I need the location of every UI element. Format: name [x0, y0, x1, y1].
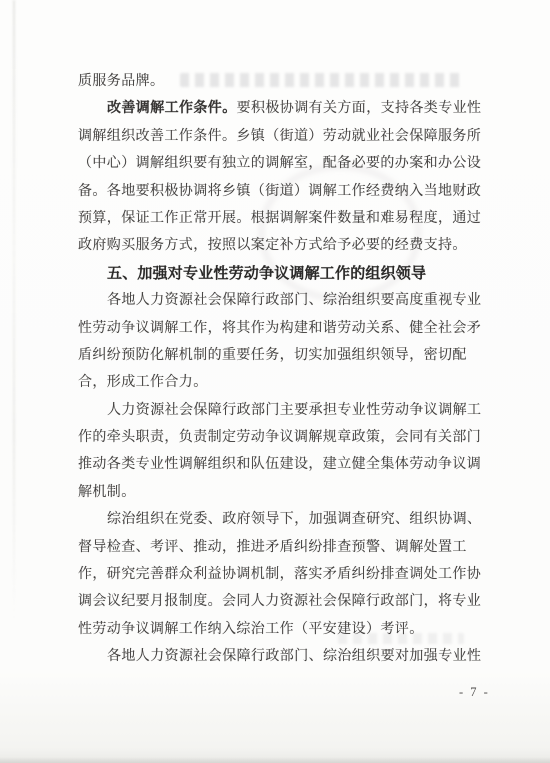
text-line: 督导检查、考评、推动，推进矛盾纠纷排查预警、调解处置工 — [78, 534, 484, 561]
text-line: 调会议纪要月报制度。会同人力资源社会保障行政部门，将专业 — [78, 588, 484, 615]
text-line: 作的牵头职责，负责制定劳动争议调解规章政策，会同有关部门 — [78, 424, 484, 451]
text-line: 调解组织改善工作条件。乡镇（街道）劳动就业社会保障服务所 — [78, 123, 484, 150]
document-body: 质服务品牌。改善调解工作条件。要积极协调有关方面，支持各类专业性调解组织改善工作… — [78, 68, 484, 671]
text-line: 政府购买服务方式，按照以案定补方式给予必要的经费支持。 — [78, 232, 484, 259]
text-line: 推动各类专业性调解组织和队伍建设，建立健全集体劳动争议调 — [78, 451, 484, 478]
bold-lead-phrase: 改善调解工作条件。 — [107, 101, 237, 116]
text-line: 预算，保证工作正常开展。根据调解案件数量和难易程度，通过 — [78, 205, 484, 232]
text-line: 解机制。 — [78, 479, 484, 506]
text-line: （中心）调解组织要有独立的调解室，配备必要的办案和办公设 — [78, 150, 484, 177]
text-line: 盾纠纷预防化解机制的重要任务，切实加强组织领导，密切配 — [78, 342, 484, 369]
text-line: 各地人力资源社会保障行政部门、综治组织要高度重视专业 — [78, 287, 484, 314]
text-line: 性劳动争议调解工作，将其作为构建和谐劳动关系、健全社会矛 — [78, 315, 484, 342]
text-line: 改善调解工作条件。要积极协调有关方面，支持各类专业性 — [78, 95, 484, 122]
text-line: 合，形成工作合力。 — [78, 369, 484, 396]
text-line: 备。各地要积极协调将乡镇（街道）调解工作经费纳入当地财政 — [78, 178, 484, 205]
section-heading: 五、加强对专业性劳动争议调解工作的组织领导 — [78, 260, 484, 287]
paper-crease — [13, 0, 15, 620]
line-text: 要积极协调有关方面，支持各类专业性 — [237, 101, 482, 116]
text-line: 作，研究完善群众利益协调机制，落实矛盾纠纷排查调处工作协 — [78, 561, 484, 588]
text-line: 各地人力资源社会保障行政部门、综治组织要对加强专业性 — [78, 643, 484, 670]
text-line: 人力资源社会保障行政部门主要承担专业性劳动争议调解工 — [78, 397, 484, 424]
text-line: 综治组织在党委、政府领导下，加强调查研究、组织协调、 — [78, 506, 484, 533]
page-number: - 7 - — [459, 685, 490, 700]
text-line: 性劳动争议调解工作纳入综治工作（平安建设）考评。 — [78, 616, 484, 643]
document-page: 质服务品牌。改善调解工作条件。要积极协调有关方面，支持各类专业性调解组织改善工作… — [0, 0, 550, 763]
text-line: 质服务品牌。 — [78, 68, 484, 95]
scan-edge-shadow — [0, 757, 550, 763]
